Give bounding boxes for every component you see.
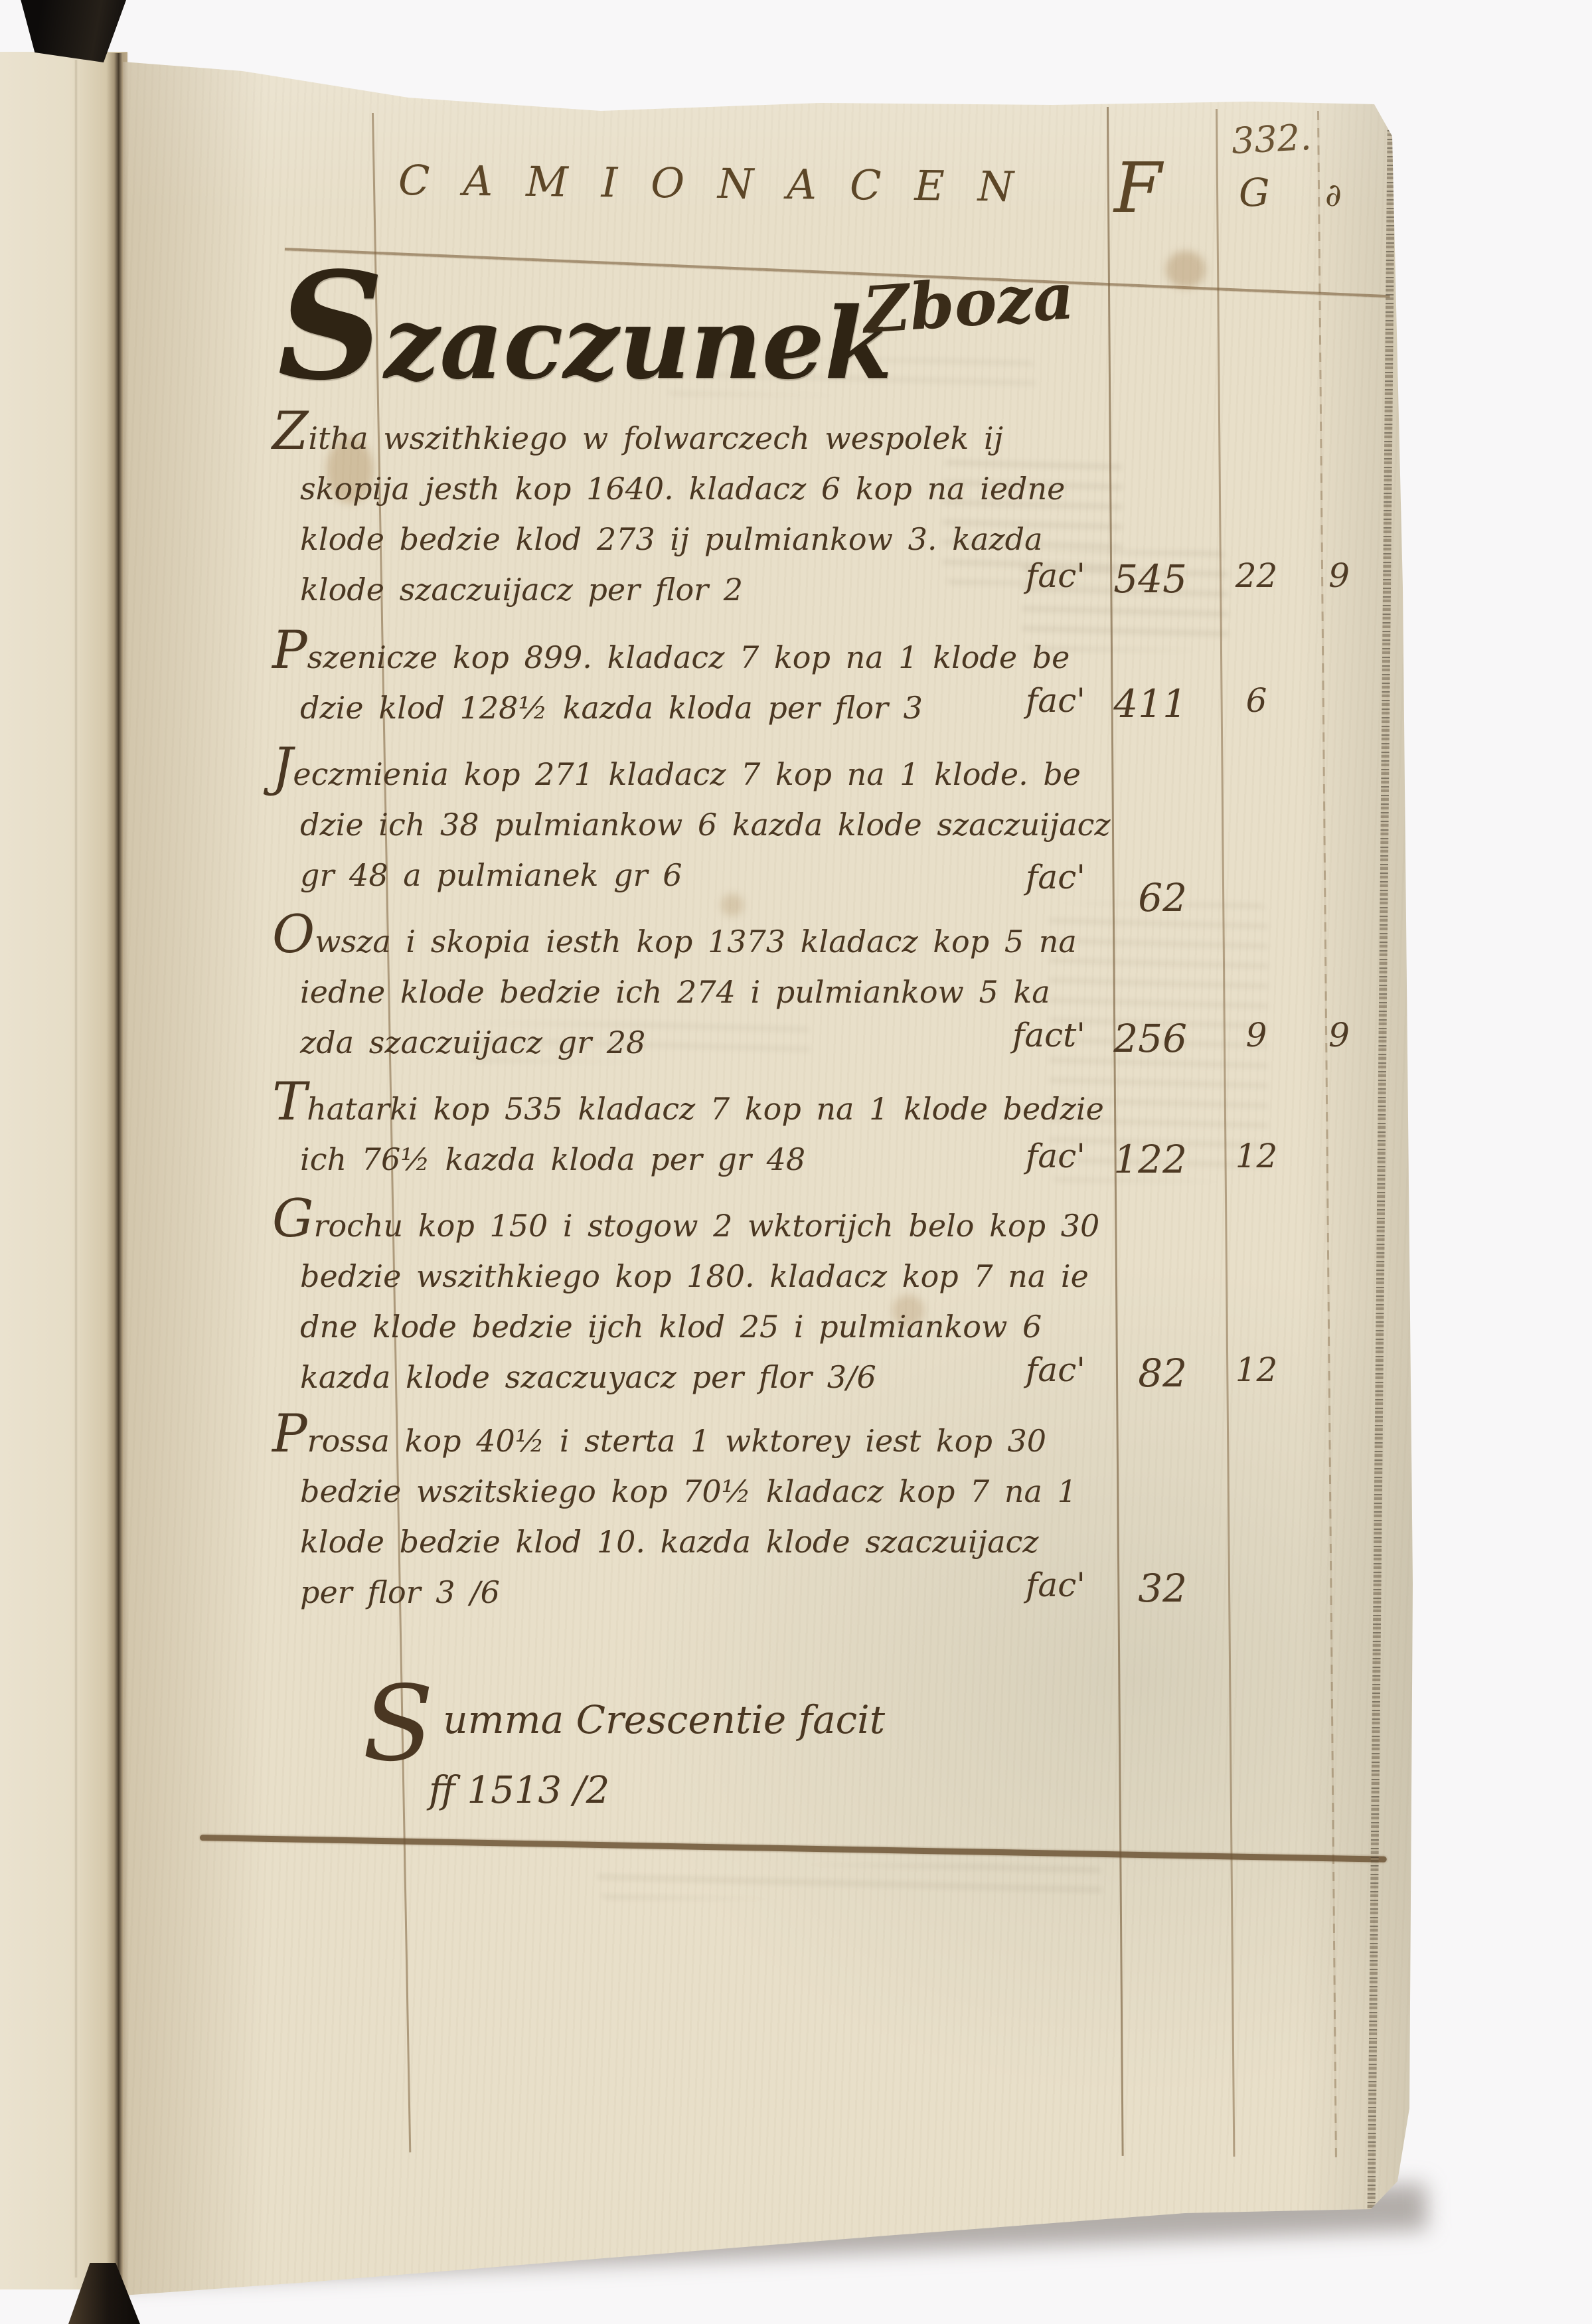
ledger-entry: Jeczmienia kop 271 kladacz 7 kop na 1 kl…: [300, 749, 1093, 900]
facit-label: fac': [999, 556, 1085, 595]
entry-line: Jeczmienia kop 271 kladacz 7 kop na 1 kl…: [300, 749, 1093, 799]
value-florins: 122: [1103, 1137, 1187, 1182]
book-gutter: [106, 53, 129, 2289]
ledger-entry: Grochu kop 150 i stogow 2 wktorijch belo…: [300, 1201, 1093, 1402]
entry-line: Pszenicze kop 899. kladacz 7 kop na 1 kl…: [300, 632, 1093, 683]
column-header-groszy: G: [1239, 170, 1269, 215]
entry-line: iedne klode bedzie ich 274 i pulmiankow …: [300, 967, 1093, 1017]
entry-line: gr 48 a pulmianek gr 6: [300, 850, 1093, 900]
running-title: CAMIONACEN: [398, 156, 1048, 211]
entry-line: per flor 3 /6: [300, 1567, 1093, 1618]
value-florins: 62: [1103, 875, 1187, 920]
facit-label: fact': [999, 1016, 1085, 1054]
value-florins: 82: [1103, 1351, 1187, 1396]
entry-line: dzie ich 38 pulmiankow 6 kazda klode sza…: [300, 799, 1093, 850]
value-florins: 256: [1103, 1016, 1187, 1061]
entry-line: skopija jesth kop 1640. kladacz 6 kop na…: [300, 463, 1093, 514]
entry-line: dne klode bedzie ijch klod 25 i pulmiank…: [300, 1301, 1093, 1352]
facit-label: fac': [999, 681, 1085, 720]
value-florins: 545: [1103, 556, 1187, 602]
value-groszy: 12: [1222, 1137, 1291, 1175]
value-groszy: 9: [1222, 1016, 1291, 1054]
summary-total: ff 1513 /2: [429, 1769, 609, 1812]
ledger-entry: Thatarki kop 535 kladacz 7 kop na 1 klod…: [300, 1084, 1093, 1185]
value-groszy: 12: [1222, 1351, 1291, 1389]
value-florins: 411: [1103, 681, 1187, 726]
ledger-entry: Owsza i skopia iesth kop 1373 kladacz ko…: [300, 916, 1093, 1068]
entry-line: Owsza i skopia iesth kop 1373 kladacz ko…: [300, 916, 1093, 967]
entry-line: bedzie wszithkiego kop 180. kladacz kop …: [300, 1251, 1093, 1301]
page-title-suffix: Zboza: [860, 258, 1076, 348]
value-denars: 9: [1309, 556, 1369, 595]
entry-line: zda szaczuijacz gr 28: [300, 1017, 1093, 1068]
column-header-denars: ∂: [1325, 177, 1342, 214]
facit-label: fac': [999, 1137, 1085, 1175]
entry-line: klode szaczuijacz per flor 2: [300, 564, 1093, 615]
page-title: Szaczunek: [278, 240, 892, 413]
facit-label: fac': [999, 1566, 1085, 1604]
value-florins: 32: [1103, 1566, 1187, 1611]
entry-line: dzie klod 128½ kazda kloda per flor 3: [300, 683, 1093, 733]
bleed-through-text: [597, 1865, 1102, 1899]
summary-line: Summa Crescentie facit: [369, 1697, 885, 1763]
column-header-florins: F: [1114, 147, 1162, 228]
entry-line: Prossa kop 40½ i sterta 1 wktorey iest k…: [300, 1416, 1093, 1466]
entry-line: Zitha wszithkiego w folwarczech wespolek…: [300, 413, 1093, 463]
facit-label: fac': [999, 1351, 1085, 1389]
entry-line: Grochu kop 150 i stogow 2 wktorijch belo…: [300, 1201, 1093, 1251]
ink-stain: [1166, 251, 1206, 288]
entry-line: klode bedzie klod 10. kazda klode szaczu…: [300, 1517, 1093, 1567]
ledger-entry: Prossa kop 40½ i sterta 1 wktorey iest k…: [300, 1416, 1093, 1618]
ledger-entry: Pszenicze kop 899. kladacz 7 kop na 1 kl…: [300, 632, 1093, 733]
value-groszy: 22: [1222, 556, 1291, 595]
folio-number: 332.: [1230, 116, 1312, 162]
entry-line: Thatarki kop 535 kladacz 7 kop na 1 klod…: [300, 1084, 1093, 1134]
entry-line: ich 76½ kazda kloda per gr 48: [300, 1134, 1093, 1185]
entry-line: klode bedzie klod 273 ij pulmiankow 3. k…: [300, 514, 1093, 564]
entry-line: bedzie wszitskiego kop 70½ kladacz kop 7…: [300, 1466, 1093, 1517]
ledger-entry: Zitha wszithkiego w folwarczech wespolek…: [300, 413, 1093, 615]
facit-label: fac': [999, 858, 1085, 896]
value-groszy: 6: [1222, 681, 1291, 720]
page-content: 332. CAMIONACEN F G ∂ Szaczunek Zboza Zi…: [0, 0, 1592, 2324]
manuscript-scan: 332. CAMIONACEN F G ∂ Szaczunek Zboza Zi…: [0, 0, 1592, 2324]
value-denars: 9: [1309, 1016, 1369, 1054]
entry-line: kazda klode szaczuyacz per flor 3/6: [300, 1352, 1093, 1402]
